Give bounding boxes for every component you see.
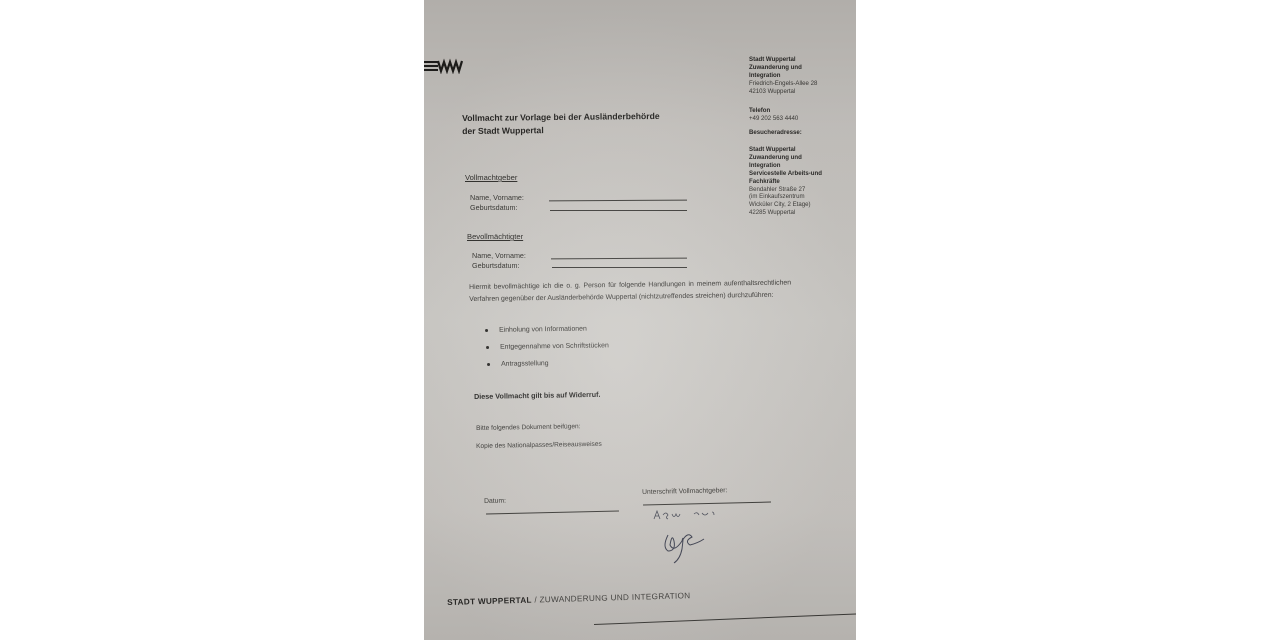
action-item: Einholung von Informationen xyxy=(485,326,587,334)
date-field[interactable] xyxy=(486,510,619,514)
bullet-icon xyxy=(487,363,490,366)
grantor-name-label: Name, Vorname: xyxy=(470,193,524,202)
agent-name-field[interactable] xyxy=(551,258,687,260)
visitor-address-label: Besucheradresse: xyxy=(749,129,802,137)
agent-dob-field[interactable] xyxy=(552,267,687,268)
agent-dob-label: Geburtsdatum: xyxy=(472,261,520,270)
action-item: Entgegennahme von Schriftstücken xyxy=(486,342,609,351)
sender-address-block: Stadt Wuppertal Zuwanderung und Integrat… xyxy=(749,56,817,96)
handwritten-signature xyxy=(646,505,746,565)
agent-name-label: Name, Vorname: xyxy=(472,251,526,260)
paper-edge-line xyxy=(594,613,856,625)
signature-label: Unterschrift Vollmachtgeber: xyxy=(642,487,728,496)
grantor-heading: Vollmachtgeber xyxy=(465,173,517,182)
stadt-wuppertal-logo-icon xyxy=(424,58,464,74)
phone-block: Telefon +49 202 563 4440 xyxy=(749,107,798,123)
validity-statement: Diese Vollmacht gilt bis auf Widerruf. xyxy=(474,390,601,401)
attachment-prompt: Bitte folgendes Dokument beifügen: xyxy=(476,423,581,432)
date-label: Datum: xyxy=(484,498,506,505)
document-footer: STADT WUPPERTAL / ZUWANDERUNG UND INTEGR… xyxy=(447,591,691,607)
document-photo: Vollmacht zur Vorlage bei der Ausländerb… xyxy=(424,0,856,640)
bullet-icon xyxy=(485,329,488,332)
attachment-item: Kopie des Nationalpasses/Reiseausweises xyxy=(476,441,602,450)
grantor-dob-label: Geburtsdatum: xyxy=(470,203,518,212)
visitor-address-block: Stadt Wuppertal Zuwanderung und Integrat… xyxy=(749,146,822,217)
grantor-name-field[interactable] xyxy=(549,200,687,202)
action-item: Antragsstellung xyxy=(487,360,549,368)
document-title: Vollmacht zur Vorlage bei der Ausländerb… xyxy=(462,110,660,138)
authorization-text: Hiermit bevollmächtige ich die o. g. Per… xyxy=(469,278,791,307)
grantor-dob-field[interactable] xyxy=(550,210,687,211)
agent-heading: Bevollmächtigter xyxy=(467,232,523,241)
bullet-icon xyxy=(486,346,489,349)
